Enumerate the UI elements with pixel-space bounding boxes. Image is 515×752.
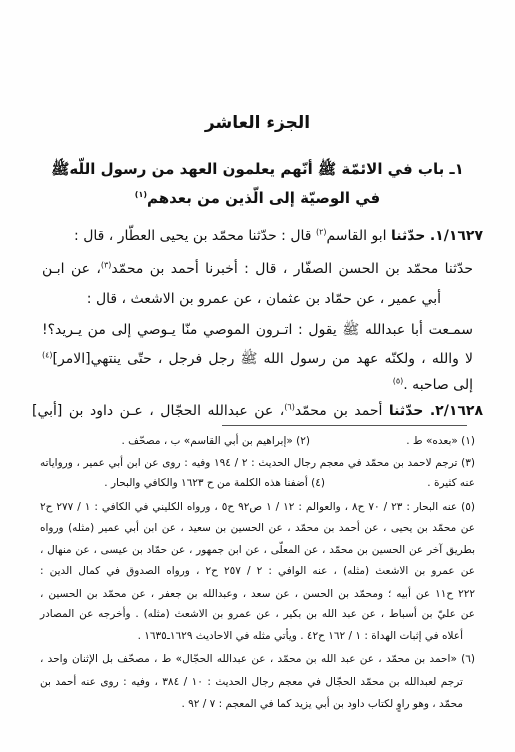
footnote-ref-2[interactable]: (٢): [316, 227, 327, 236]
book-page: الجزء العاشر ١ـ باب في الائمّة ﷺ أنّهم ي…: [0, 0, 515, 752]
matn-text: إلى صاحبه .: [403, 377, 473, 393]
isnad-text: قال : حدّثنا محمّد بن يحيى العطّار ، قال…: [74, 228, 311, 244]
hadith-1627-line-6: إلى صاحبه .(٥): [393, 372, 473, 398]
hadith-1627-line-5: لا والله ، ولكنّه عهد من رسول الله ﷺ رجل…: [42, 346, 473, 372]
isnad-text: ، عن عبدالله الحجّال ، عـن داود بن [أبي]: [32, 403, 284, 419]
hadith-1627-line-4: سمـعت أبا عبدالله ﷺ يقول : اتـرون الموصي…: [42, 317, 473, 343]
footnote-5-line-1: (٥) عنه البحار : ٢٣ / ٧٠ ح٨ ، والعوالم :…: [40, 498, 475, 516]
footnote-5-line-4: عن عمرو بن الاشعث (مثله) ، عنه الوافي : …: [40, 562, 475, 580]
footnote-separator: [222, 425, 467, 426]
footnote-6-line-1: (٦) «احمد بن محمّد ، عن عبد الله بن محمّ…: [40, 650, 475, 668]
footnote-5-line-6: عن عليّ بن أسباط ، عن عبد الله بن بكير ،…: [40, 605, 475, 623]
footnote-ref-3[interactable]: (٣): [101, 260, 112, 269]
hadith-opening: حدّثنا: [389, 403, 423, 419]
hadith-opening: حدّثنا: [391, 228, 425, 244]
isnad-text: ، عن ابـن: [42, 261, 101, 277]
footnote-4: (٤) أضفنا هذه الكلمة من ح ١٦٢٣ والكافي و…: [104, 474, 325, 492]
chapter-heading-text: في الوصيّة إلى الّذين من بعدهم: [147, 189, 380, 207]
hadith-1627-line-2: حدّثنا محمّد بن الحسن الصفّار ، قال : أخ…: [42, 256, 473, 282]
footnote-ref-6[interactable]: (٦): [284, 402, 295, 411]
footnote-ref-5[interactable]: (٥): [393, 376, 404, 385]
hadith-1627-line-3: أبي عمير ، عن حمّاد بن عثمان ، عن عمرو ب…: [87, 286, 441, 312]
hadith-number: ٢/١٦٢٨.: [430, 403, 483, 419]
footnote-6-line-3: محمّد ، وهو راوٍ لكتاب داود بن أبي يزيد …: [181, 695, 463, 713]
footnote-5-line-5: ٢٢٢ ح١١ عن أبيه ؛ ومحمّد بن الحسن ، عن س…: [40, 585, 475, 603]
footnote-3-line-2: عنه كثيرة .: [427, 474, 475, 492]
footnote-6-line-2: ترجم لعبدالله بن محمّد الحجّال في معجم ر…: [40, 673, 463, 691]
isnad-text: حدّثنا محمّد بن الحسن الصفّار ، قال : أخ…: [111, 261, 473, 277]
narrator: أحمد بن محمّد: [295, 403, 383, 419]
footnote-ref-1[interactable]: (١): [135, 190, 147, 199]
hadith-1627-line-1: ١/١٦٢٧. حدّثنا ابو القاسم(٢) قال : حدّثن…: [74, 223, 483, 249]
hadith-1628-line-1: ٢/١٦٢٨. حدّثنا أحمد بن محمّد(٦)، عن عبدا…: [32, 398, 483, 424]
footnote-5-line-2: عن محمّد بن يحيى ، عن أحمد بن محمّد ، عن…: [40, 519, 475, 537]
chapter-heading-line-1: ١ـ باب في الائمّة ﷺ أنّهم يعلمون العهد م…: [0, 160, 515, 182]
footnote-5-line-7: أعلاه في إثبات الهداة : ١ / ١٦٢ ح٤٢ . وي…: [138, 627, 463, 645]
hadith-number: ١/١٦٢٧.: [430, 228, 483, 244]
footnote-2: (٢) «إبراهيم بن أبي القاسم» ب ، مصحّف .: [121, 432, 310, 450]
part-title: الجزء العاشر: [0, 113, 515, 133]
matn-text: لا والله ، ولكنّه عهد من رسول الله ﷺ رجل…: [53, 351, 473, 367]
footnote-1: (١) «بعده» ط .: [406, 432, 475, 450]
narrator: ابو القاسم: [326, 228, 386, 244]
footnote-ref-4[interactable]: (٤): [42, 350, 53, 359]
footnote-5-line-3: بطريق آخر عن الحسين بن محمّد ، عن المعلّ…: [40, 541, 475, 559]
chapter-heading-line-2: في الوصيّة إلى الّذين من بعدهم(١): [0, 189, 515, 207]
footnote-3-line-1: (٣) ترجم لاحمد بن محمّد في معجم رجال الح…: [40, 454, 475, 472]
